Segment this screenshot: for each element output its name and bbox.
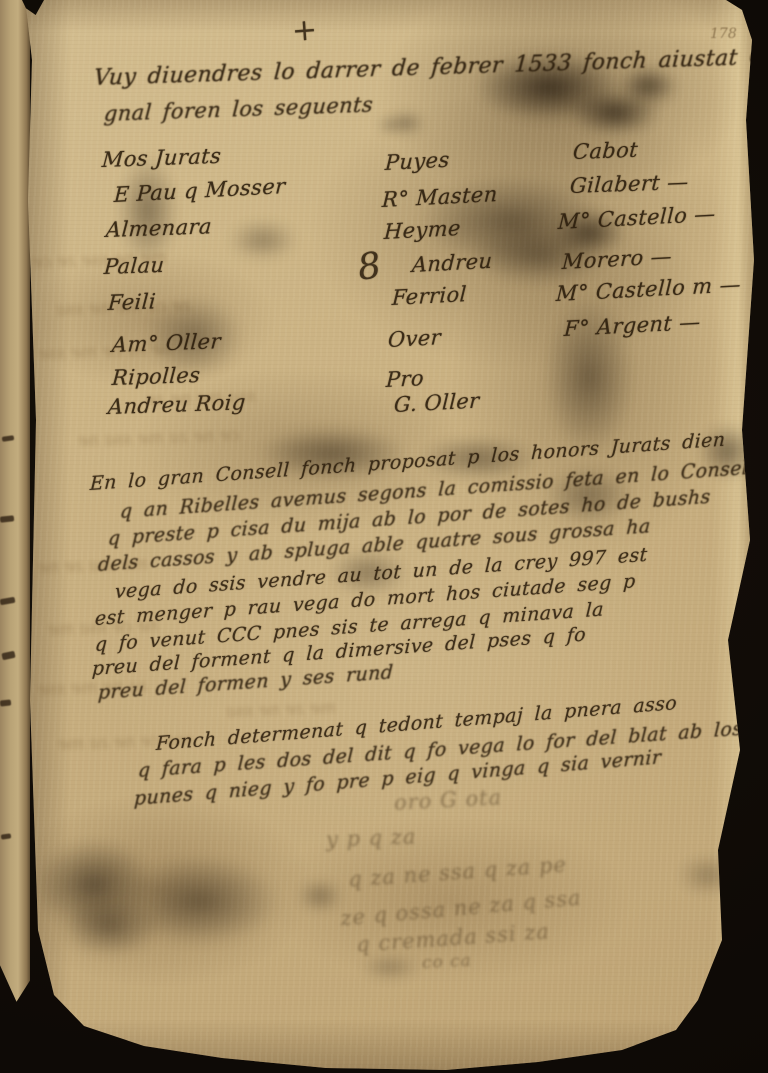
- bleedthrough-scribble: ce ne za me ssa ne: [78, 425, 240, 451]
- folio-number: 178: [710, 26, 737, 42]
- name-entry: Morero —: [561, 244, 672, 274]
- faded-scribble: oro G ota: [393, 785, 502, 815]
- invocation-cross: +: [291, 12, 319, 49]
- book-gutter-page-edge: [0, 0, 30, 1016]
- name-entry: Am° Oller: [111, 329, 222, 357]
- manuscript-photo: me ne sse ze ce ze ca me ne ssa ne za ce…: [0, 0, 768, 1073]
- gutter-ink-fragment: [2, 435, 15, 442]
- ink-blot: [118, 155, 178, 265]
- name-entry: Puyes: [384, 148, 450, 175]
- manuscript-page: me ne sse ze ce ze ca me ne ssa ne za ce…: [26, 0, 764, 1073]
- name-entry: Ripolles: [111, 363, 201, 390]
- ink-blot: [60, 896, 160, 956]
- gutter-ink-fragment: [1, 833, 12, 839]
- gutter-ink-fragment: [0, 699, 11, 706]
- name-entry: Almenara: [105, 214, 213, 242]
- name-entry: Palau: [103, 253, 165, 279]
- faded-scribble: q za ne ssa q za pe: [347, 852, 567, 891]
- ink-blot: [298, 880, 342, 912]
- gutter-ink-fragment: [1, 651, 15, 661]
- name-entry: G. Oller: [393, 388, 480, 417]
- gutter-ink-fragment: [0, 515, 14, 522]
- name-entry: Cabot: [572, 138, 639, 164]
- name-entry: Over: [387, 325, 441, 352]
- name-entry: Gilabert —: [569, 170, 689, 198]
- name-entry: Heyme: [383, 216, 461, 244]
- name-entry: Mos Jurats: [101, 144, 222, 172]
- corner-mark: 7: [57, 1023, 69, 1043]
- heading-line-2: gnal foren los seguents: [103, 93, 374, 126]
- ink-blot: [360, 955, 420, 980]
- column-flourish: 8: [355, 245, 384, 289]
- name-entry: Andreu Roig: [107, 390, 246, 419]
- ink-blot: [378, 118, 400, 132]
- name-entry: Andreu: [411, 249, 493, 277]
- name-entry: Pro: [385, 366, 424, 392]
- ink-blot: [678, 855, 738, 895]
- faded-scribble: y p q za: [326, 824, 417, 851]
- name-entry: Feili: [107, 289, 157, 315]
- name-entry: Ferriol: [391, 282, 467, 310]
- gutter-ink-fragment: [0, 597, 15, 606]
- faded-scribble: co ca: [422, 951, 473, 974]
- bleedthrough-scribble: me ze ne ssa: [226, 698, 337, 722]
- ink-blot: [228, 220, 298, 260]
